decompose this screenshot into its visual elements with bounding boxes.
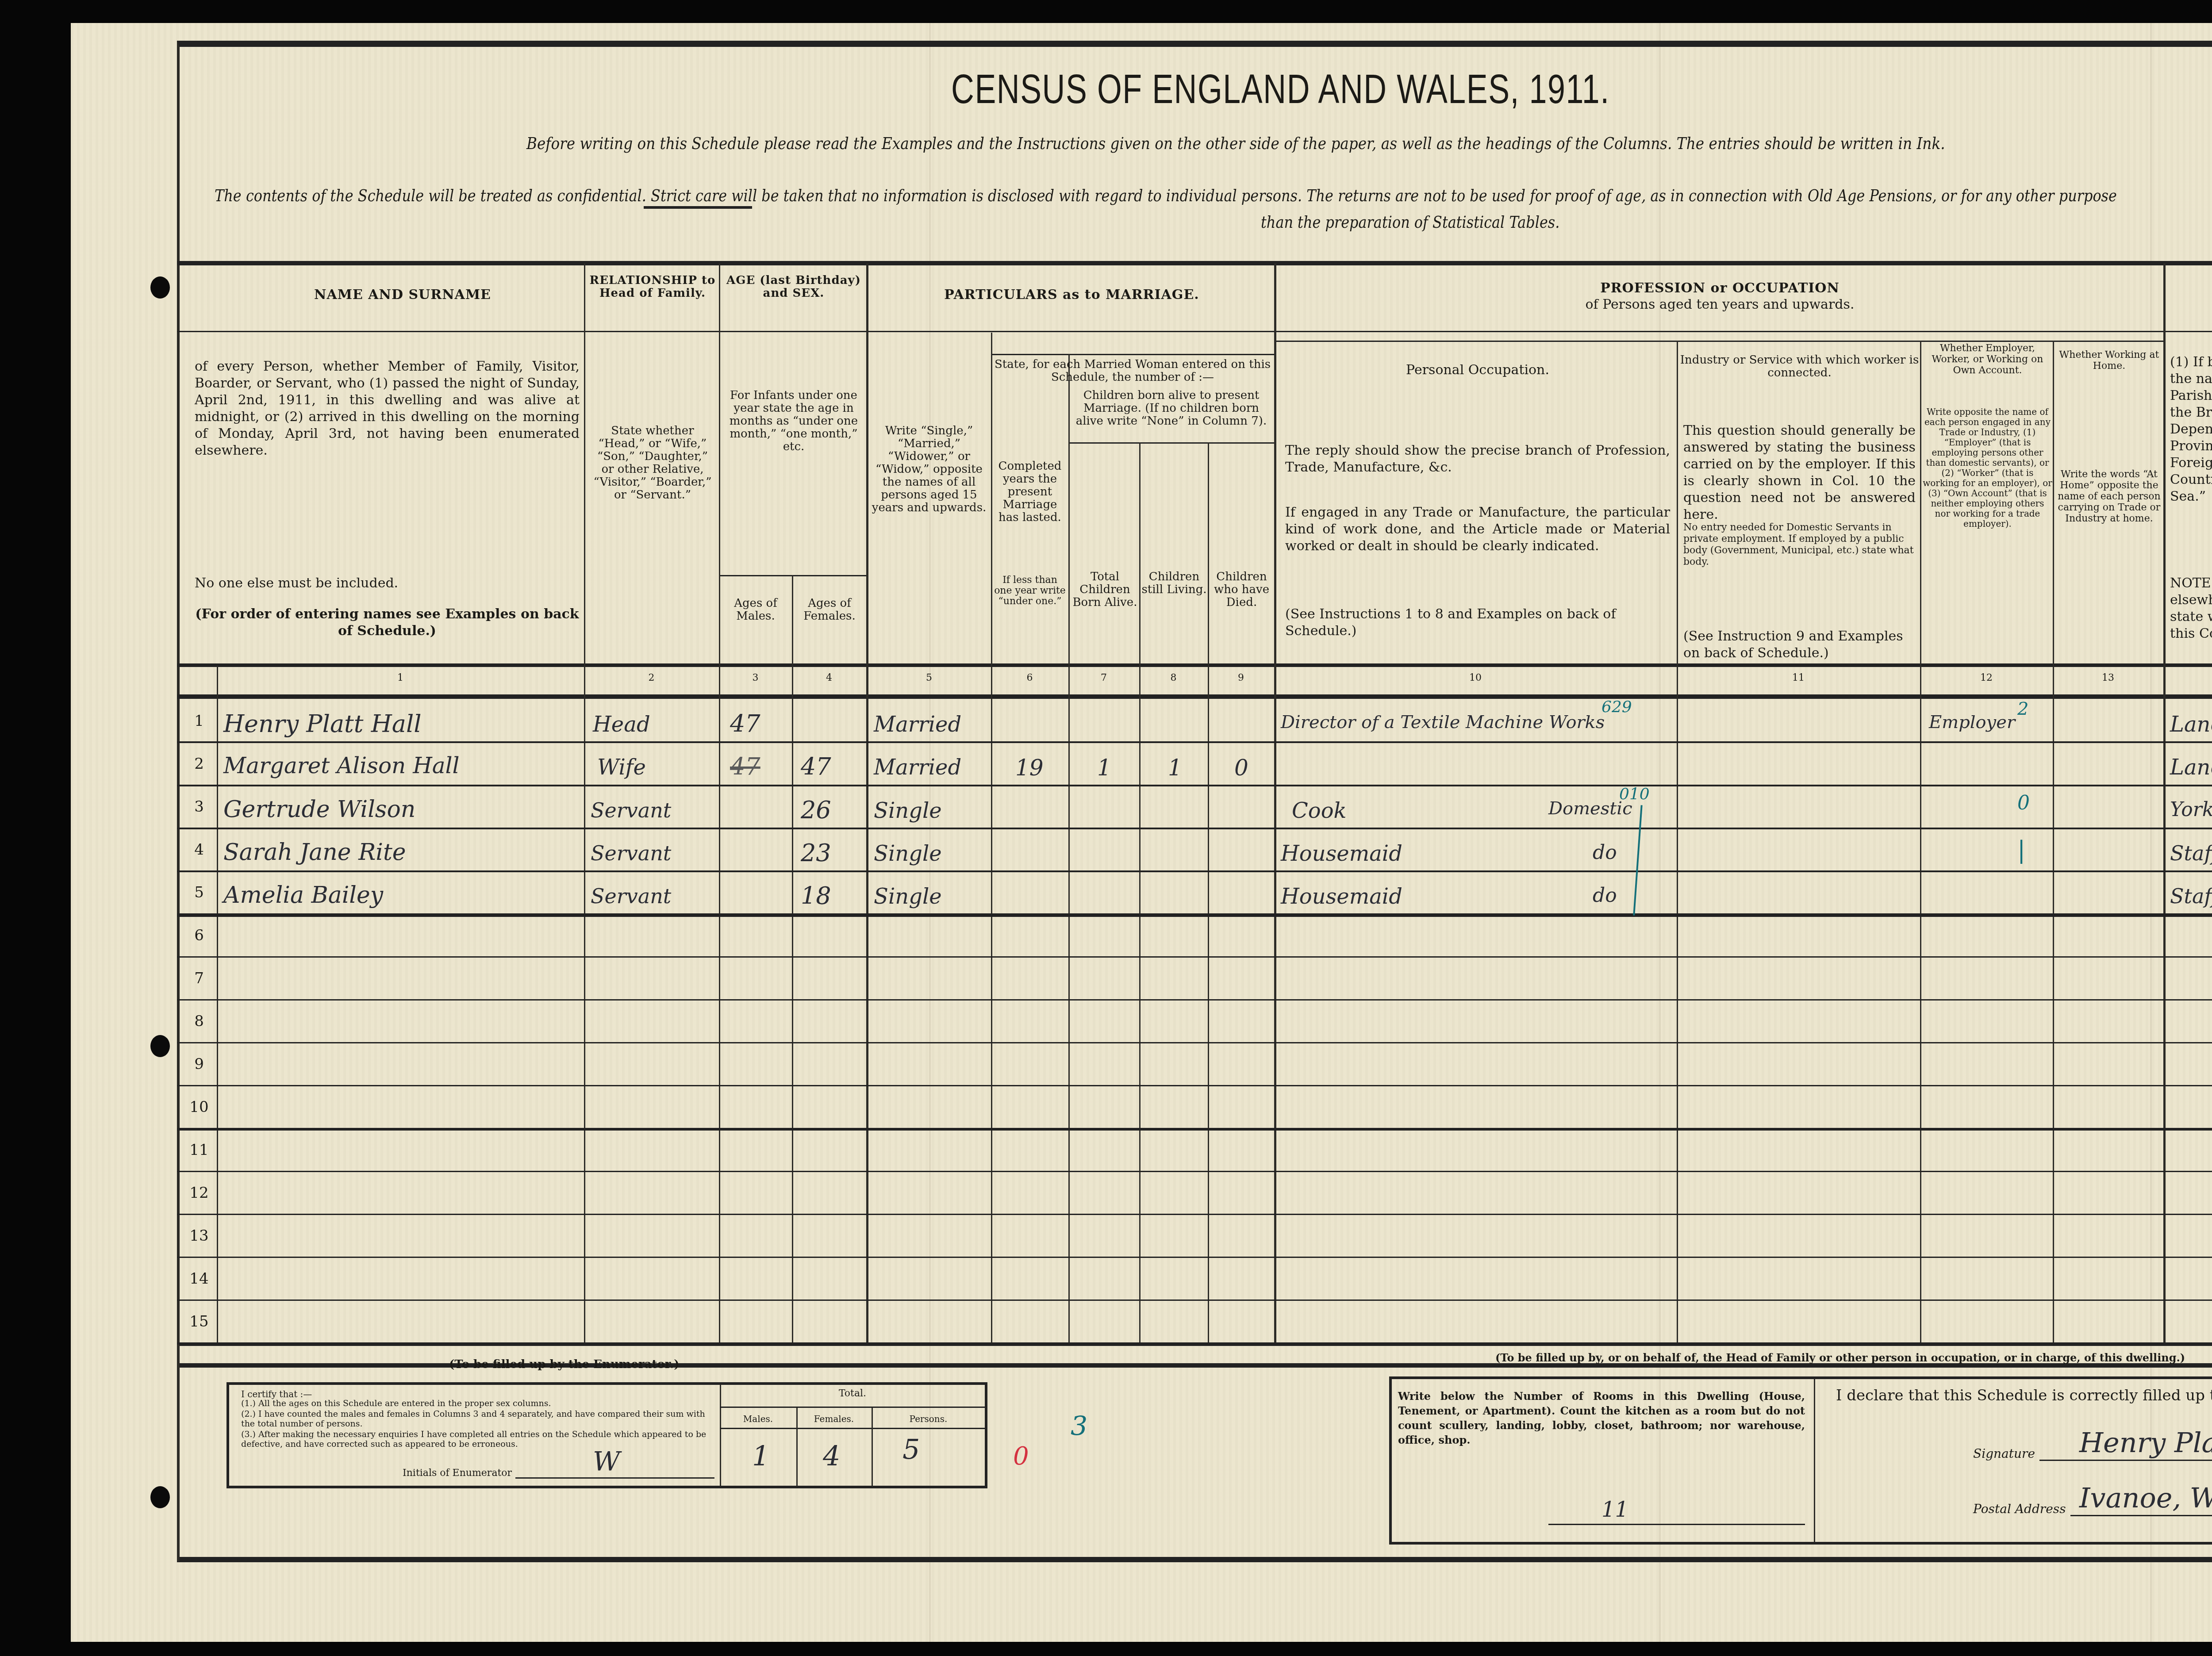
header-marriage-years: Completed years the present Marriage has… [992, 460, 1068, 524]
entry-relationship: Servant [591, 884, 671, 908]
header-occupation: PROFESSION or OCCUPATION [1276, 281, 2163, 296]
entry-industry: do [1593, 884, 1617, 907]
entry-occupation-code: 010 [1619, 785, 1650, 803]
header-industry-body-1: This question should generally be answer… [1683, 422, 1916, 523]
row-rule [177, 828, 2212, 829]
rooms-divider [1814, 1379, 1815, 1542]
header-married-woman: State, for each Married Woman entered on… [993, 358, 1272, 384]
header-industry: Industry or Service with which worker is… [1679, 354, 1920, 379]
entry-birthplace: Lancs Pendleton [2170, 755, 2212, 780]
column-number: 5 [867, 672, 991, 683]
entry-name: Gertrude Wilson [223, 796, 415, 823]
entry-condition: Single [874, 841, 942, 866]
entry-relationship: Wife [597, 755, 646, 780]
entry-name: Amelia Bailey [223, 882, 383, 908]
header-personal-body-3: (See Instructions 1 to 8 and Examples on… [1285, 606, 1670, 640]
header-industry-body-3: (See Instruction 9 and Examples on back … [1683, 628, 1916, 662]
entry-age-male-struck: 47 [730, 753, 760, 781]
header-mid-rule [177, 331, 2212, 332]
column-number: 12 [1920, 672, 2053, 683]
header-birthplace-body: (1) If born in the United Kingdom, write… [2170, 354, 2212, 505]
entry-occupation: Housemaid [1281, 841, 1402, 866]
confidential-line: The contents of the Schedule will be tre… [215, 186, 2117, 205]
punch-hole [150, 1486, 170, 1508]
entry-marriage-years: 19 [1015, 755, 1044, 781]
col-divider [1068, 354, 1070, 1345]
column-number: 8 [1139, 672, 1208, 683]
column-number: 6 [991, 672, 1068, 683]
entry-children-total: 1 [1097, 755, 1111, 781]
form-left-border [177, 1345, 180, 1561]
form-frame [177, 41, 2212, 1368]
column-number: 7 [1068, 672, 1139, 683]
postal-address-value: Ivanoe, Werneth Oldham [2079, 1482, 2212, 1514]
enumerator-males-value: 1 [752, 1440, 769, 1472]
header-employer: Whether Employer, Worker, or Working on … [1922, 343, 2053, 376]
row-number: 4 [186, 841, 212, 859]
enumerator-females-label: Females. [796, 1414, 872, 1424]
header-marriage-condition: Write “Single,” “Married,” “Widower,” or… [869, 425, 989, 514]
signature-label: Signature [1973, 1446, 2035, 1461]
row-rule [177, 1299, 2212, 1301]
row-number: 13 [186, 1227, 212, 1245]
entry-birthplace: Stafford Miles Green [2170, 884, 2212, 908]
header-relationship: RELATIONSHIP to Head of Family. [586, 274, 719, 300]
row-number-divider [217, 666, 218, 1345]
header-name-order: (For order of entering names see Example… [195, 606, 580, 640]
form-bottom-rule [177, 1557, 2212, 1562]
instruction-line: Before writing on this Schedule please r… [526, 134, 1945, 153]
enumerator-total-label: Total. [720, 1388, 985, 1399]
header-marriage: PARTICULARS as to MARRIAGE. [869, 287, 1274, 303]
row-number: 14 [186, 1270, 212, 1288]
entry-employer: Employer [1929, 712, 2015, 732]
entry-name: Sarah Jane Rite [223, 839, 406, 866]
rooms-value: 11 [1601, 1497, 1628, 1522]
col-divider [1274, 263, 1276, 1345]
header-name: NAME AND SURNAME [221, 287, 584, 303]
head-of-family-heading: (To be filled up by, or on behalf of, th… [1495, 1351, 2185, 1364]
enumerator-males-label: Males. [720, 1414, 796, 1424]
entry-children-living: 1 [1168, 755, 1182, 781]
enumerator-item-2: (2.) I have counted the males and female… [241, 1409, 714, 1429]
entry-occupation: Director of a Textile Machine Works [1281, 712, 1605, 732]
col-divider [584, 263, 585, 1345]
header-home-body: Write the words “At Home” opposite the n… [2055, 469, 2163, 524]
enumerator-persons-label: Persons. [872, 1414, 985, 1424]
declaration-text: I declare that this Schedule is correctl… [1836, 1387, 2212, 1404]
page-title: CENSUS OF ENGLAND AND WALES, 1911. [951, 66, 1610, 113]
header-children-died: Children who have Died. [1209, 571, 1274, 609]
header-children: Children born alive to present Marriage.… [1071, 389, 1272, 428]
col-divider [2053, 341, 2054, 1345]
header-age: AGE (last Birthday) and SEX. [721, 274, 866, 300]
header-age-females: Ages of Females. [794, 597, 865, 623]
row-rule [177, 870, 2212, 872]
entry-children-died: 0 [1234, 755, 1248, 781]
header-top-rule [177, 261, 2212, 265]
row-number: 2 [186, 755, 212, 773]
row-rule [177, 1171, 2212, 1172]
entry-age-male: 47 [730, 710, 760, 738]
row-rule [177, 785, 2212, 786]
married-woman-rule [991, 354, 1274, 355]
entry-age-female: 23 [801, 839, 831, 867]
entry-condition: Married [874, 755, 961, 780]
header-personal-occupation: Personal Occupation. [1279, 363, 1677, 378]
occupation-rule [1274, 341, 2163, 342]
header-bottom-rule [177, 663, 2212, 667]
entry-condition: Single [874, 798, 942, 823]
signature-value: Henry Platt Hall [2079, 1426, 2212, 1459]
entry-occupation: Housemaid [1281, 884, 1402, 909]
confidential-underline [644, 206, 752, 209]
column-number-rule [177, 694, 2212, 699]
initials-line [515, 1477, 714, 1479]
header-age-males: Ages of Males. [720, 597, 791, 623]
entry-birthplace: Yorks Hutton Cranswick [2170, 798, 2212, 821]
header-marriage-years-note: If less than one year write “under one.” [992, 575, 1068, 607]
row-number: 3 [186, 798, 212, 816]
header-name-no-one: No one else must be included. [195, 575, 580, 592]
enumerator-item-1: (1.) All the ages on this Schedule are e… [241, 1399, 714, 1408]
row-rule [177, 1085, 2212, 1086]
row-number: 5 [186, 884, 212, 901]
header-birthplace-note: NOTE.—In the case of persons born elsewh… [2170, 575, 2212, 642]
row-number: 10 [186, 1098, 212, 1116]
entry-condition: Married [874, 712, 961, 737]
entry-birthplace: Stafford Dudley [2170, 841, 2212, 865]
postal-address-label: Postal Address [1973, 1502, 2066, 1516]
header-birthplace: BIRTHPLACE [2166, 281, 2212, 296]
header-name-body: of every Person, whether Member of Famil… [195, 358, 580, 459]
column-number: 10 [1274, 672, 1677, 683]
row-rule [177, 999, 2212, 1000]
entry-name: Margaret Alison Hall [223, 753, 460, 778]
col-divider [866, 263, 868, 1345]
column-number: 13 [2053, 672, 2163, 683]
row-rule [177, 956, 2212, 958]
row-rule [177, 741, 2212, 743]
header-employer-body: Write opposite the name of each person e… [1922, 407, 2053, 529]
enumerator-initials-value: W [593, 1446, 620, 1477]
col-divider [2163, 263, 2166, 1345]
entry-industry: do [1593, 841, 1617, 864]
column-number: 4 [792, 672, 866, 683]
header-age-body: For Infants under one year state the age… [723, 389, 864, 453]
row-number: 7 [186, 970, 212, 987]
enumerator-teal-mark: 3 [1071, 1411, 1087, 1442]
row-number: 12 [186, 1184, 212, 1202]
header-personal-body-2: If engaged in any Trade or Manufacture, … [1285, 504, 1670, 555]
row-rule [177, 1042, 2212, 1043]
row-rule [177, 1214, 2212, 1215]
signature-line [2039, 1460, 2212, 1461]
row-rule [177, 913, 2212, 917]
column-number: 3 [719, 672, 792, 683]
header-occupation-sub: of Persons aged ten years and upwards. [1276, 297, 2163, 312]
postal-address-line [2070, 1515, 2212, 1516]
col-divider [719, 263, 720, 1345]
entry-birthplace: Lancs Salford [2170, 712, 2212, 737]
entry-name: Henry Platt Hall [223, 710, 422, 738]
row-number: 15 [186, 1313, 212, 1330]
entry-condition: Single [874, 884, 942, 909]
confidential-line-2: than the preparation of Statistical Tabl… [1261, 212, 1559, 232]
enumerator-red-mark: 0 [1013, 1442, 1029, 1471]
row-number: 9 [186, 1055, 212, 1073]
header-home: Whether Working at Home. [2055, 349, 2163, 372]
entry-age-female: 18 [801, 882, 831, 910]
entry-occupation: Cook [1292, 798, 1347, 823]
header-birthplace-sub: of every person. [2166, 297, 2212, 312]
row-number: 11 [186, 1141, 212, 1159]
enumerator-certify: I certify that :— [241, 1389, 312, 1399]
children-rule [1068, 442, 1274, 444]
enumerator-heading: (To be filled up by the Enumerator.) [449, 1358, 679, 1371]
row-number: 8 [186, 1012, 212, 1030]
col-divider [1677, 341, 1678, 1345]
row-rule [177, 1257, 2212, 1258]
entry-employer-code: | [2017, 836, 2025, 864]
col-divider [1920, 341, 1921, 1345]
column-number: 11 [1677, 672, 1920, 683]
header-children-total: Total Children Born Alive. [1071, 571, 1139, 609]
rooms-instruction: Write below the Number of Rooms in this … [1398, 1389, 1805, 1447]
header-relationship-body: State whether “Head,” or “Wife,” “Son,” … [591, 425, 714, 502]
enumerator-total-rule [720, 1407, 985, 1408]
enumerator-divider [720, 1384, 721, 1486]
entry-employer-code: 0 [2017, 792, 2030, 814]
entry-age-female: 26 [801, 796, 831, 824]
enumerator-label-rule [720, 1428, 985, 1429]
header-industry-body-2: No entry needed for Domestic Servants in… [1683, 522, 1916, 568]
entry-employer-code: 2 [2017, 699, 2028, 719]
column-number: 14 [2163, 672, 2212, 683]
entry-occupation-code: 629 [1601, 698, 1632, 716]
row-number: 6 [186, 927, 212, 944]
column-number: 9 [1208, 672, 1274, 683]
enumerator-initials-label: Initials of Enumerator [403, 1468, 512, 1479]
entry-age-female: 47 [801, 753, 831, 781]
punch-hole [150, 1035, 170, 1057]
col-divider [792, 575, 793, 1345]
enumerator-females-value: 4 [823, 1440, 840, 1472]
column-number: 1 [217, 672, 584, 683]
punch-hole [150, 276, 170, 299]
enumerator-persons-value: 5 [902, 1433, 920, 1465]
column-number: 2 [584, 672, 719, 683]
entry-relationship: Servant [591, 798, 671, 822]
row-rule [177, 1342, 2212, 1346]
enumerator-item-3: (3.) After making the necessary enquirie… [241, 1430, 714, 1449]
entry-relationship: Head [593, 712, 650, 737]
entry-relationship: Servant [591, 841, 671, 865]
rooms-line [1548, 1524, 1805, 1525]
row-number: 1 [186, 712, 212, 730]
row-rule [177, 1128, 2212, 1131]
header-children-living: Children still Living. [1141, 571, 1208, 596]
header-personal-body-1: The reply should show the precise branch… [1285, 442, 1670, 476]
